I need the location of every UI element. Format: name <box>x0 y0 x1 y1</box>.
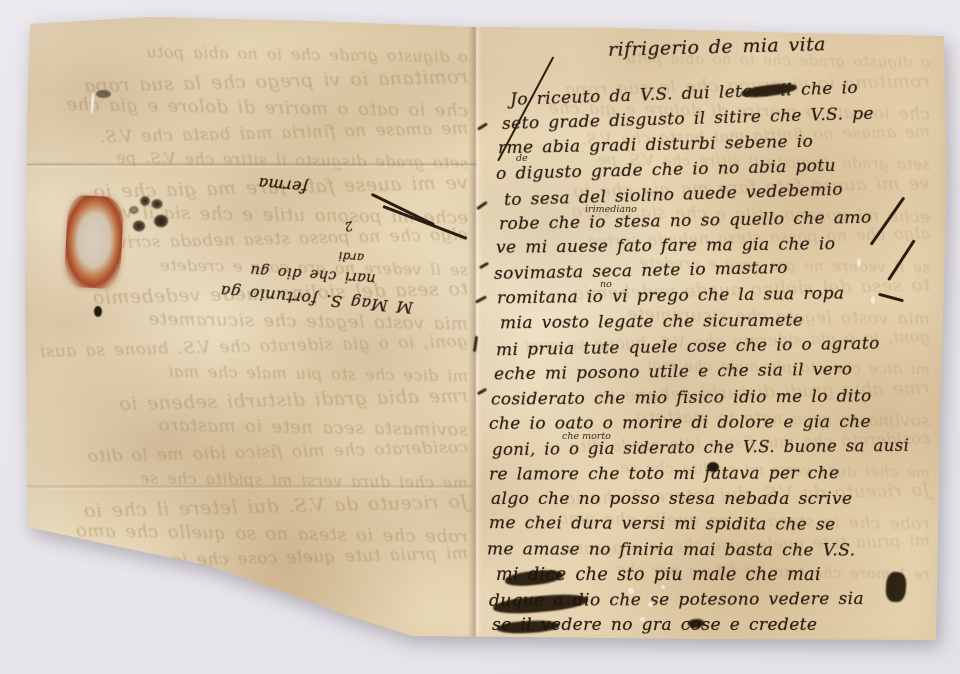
letter-line: ve mi auese fato fare ma gia che io <box>496 234 836 258</box>
superscript-correction: che morto <box>562 431 611 442</box>
bleedthrough-line: me amase no finiria mai basta che V.S. <box>28 118 468 149</box>
scan-background: o digusto grade che io no abia poturomit… <box>0 0 960 674</box>
letter-line: o digusto grade che io no abia potu <box>496 156 836 184</box>
letter-line: me amase no finiria mai basta che V.S. <box>487 539 856 560</box>
paper-slit <box>90 92 95 114</box>
address-line: nari che dio gu <box>250 262 377 287</box>
ink-blot-cluster <box>128 194 172 244</box>
letter-sheet-shadow: o digusto grade che io no abia poturomit… <box>0 0 960 674</box>
bleedthrough-line: cosiderato che mio fisico idio me lo dit… <box>28 438 468 469</box>
paper-hole <box>648 602 653 607</box>
paper-hole <box>871 296 875 304</box>
address-line: ardi <box>338 249 365 265</box>
bleedthrough-line: rme abia gradi disturbi sebene io <box>28 384 468 417</box>
ink-blot <box>94 306 102 317</box>
address-line: M Mag S. fortunio ga <box>220 282 414 318</box>
fold-crease-vertical <box>468 26 482 638</box>
superscript-correction: de <box>516 153 528 164</box>
letter-line: romitana io vi prego che la sua ropa <box>497 284 845 309</box>
paper-hole <box>661 585 665 589</box>
letter-line: cosiderato che mio fisico idio me lo dit… <box>491 386 872 409</box>
docket-word: ferma <box>257 174 308 197</box>
paper-hole <box>857 258 861 267</box>
fold-crease-horizontal <box>27 484 473 490</box>
letter-line: algo che no posso stesa nebada scrive <box>491 489 852 509</box>
pen-stroke <box>870 197 905 246</box>
letter-line: che io oato o morire di dolore e gia che <box>489 412 871 434</box>
bleedthrough-line: goni, io o gia siderato che V.S. buone s… <box>28 331 468 362</box>
superscript-correction: irimediano <box>585 204 637 215</box>
ink-smear <box>885 571 907 602</box>
heading-line: rifrigerio de mia vita <box>608 33 826 61</box>
bleedthrough-line: Jo riceuto da V.S. dui letere il che io <box>28 491 468 524</box>
superscript-correction: no <box>600 279 612 290</box>
ink-blot <box>707 462 719 472</box>
letter-line: mia vosto legate che sicuramete <box>500 311 803 334</box>
letter-line: eche mi posono utile e che sia il vero <box>494 359 853 384</box>
bleedthrough-line: seto grade disgusto il sitire che V.S. p… <box>28 147 468 173</box>
letter-line: mi pruia tute quele cose che io o agrato <box>496 334 880 361</box>
pen-stroke <box>383 205 468 240</box>
letter-line: robe che io stesa no so quello che amo <box>499 208 872 234</box>
letter-line: sovimasta seca nete io mastaro <box>494 258 788 284</box>
letter-line: rme abia gradi disturbi sebene io <box>498 132 814 159</box>
ink-smudge <box>96 90 111 98</box>
letter-line: to sesa del siolino auede vedebemio <box>504 180 843 211</box>
letter-sheet: o digusto grade che io no abia poturomit… <box>0 0 960 674</box>
pen-stroke <box>887 239 915 281</box>
paper-hole <box>628 588 634 594</box>
wax-seal-stain <box>64 195 125 290</box>
fold-crease-horizontal <box>27 162 477 168</box>
bleedthrough-line: o digusto grade che io no abia potu <box>28 41 468 67</box>
bleedthrough-line: sovimasta seca nete io mastaro <box>28 413 468 441</box>
numeral-mark: 2 <box>343 217 355 233</box>
bleedthrough-line: robe che io stesa no so quello che amo <box>28 519 468 547</box>
letter-line: me chei dura versi mi spidita che se <box>489 513 836 535</box>
paper-hole <box>640 617 645 622</box>
bleedthrough-line: mi dice che sto piu male che mai <box>28 360 468 386</box>
letter-line: goni, io o gia siderato che V.S. buone s… <box>492 436 910 459</box>
letter-line: re lamore che toto mi fatava per che <box>489 463 840 484</box>
bleedthrough-line: mi pruia tute quele cose che io o agrato <box>28 544 468 575</box>
pen-stroke <box>878 293 904 303</box>
